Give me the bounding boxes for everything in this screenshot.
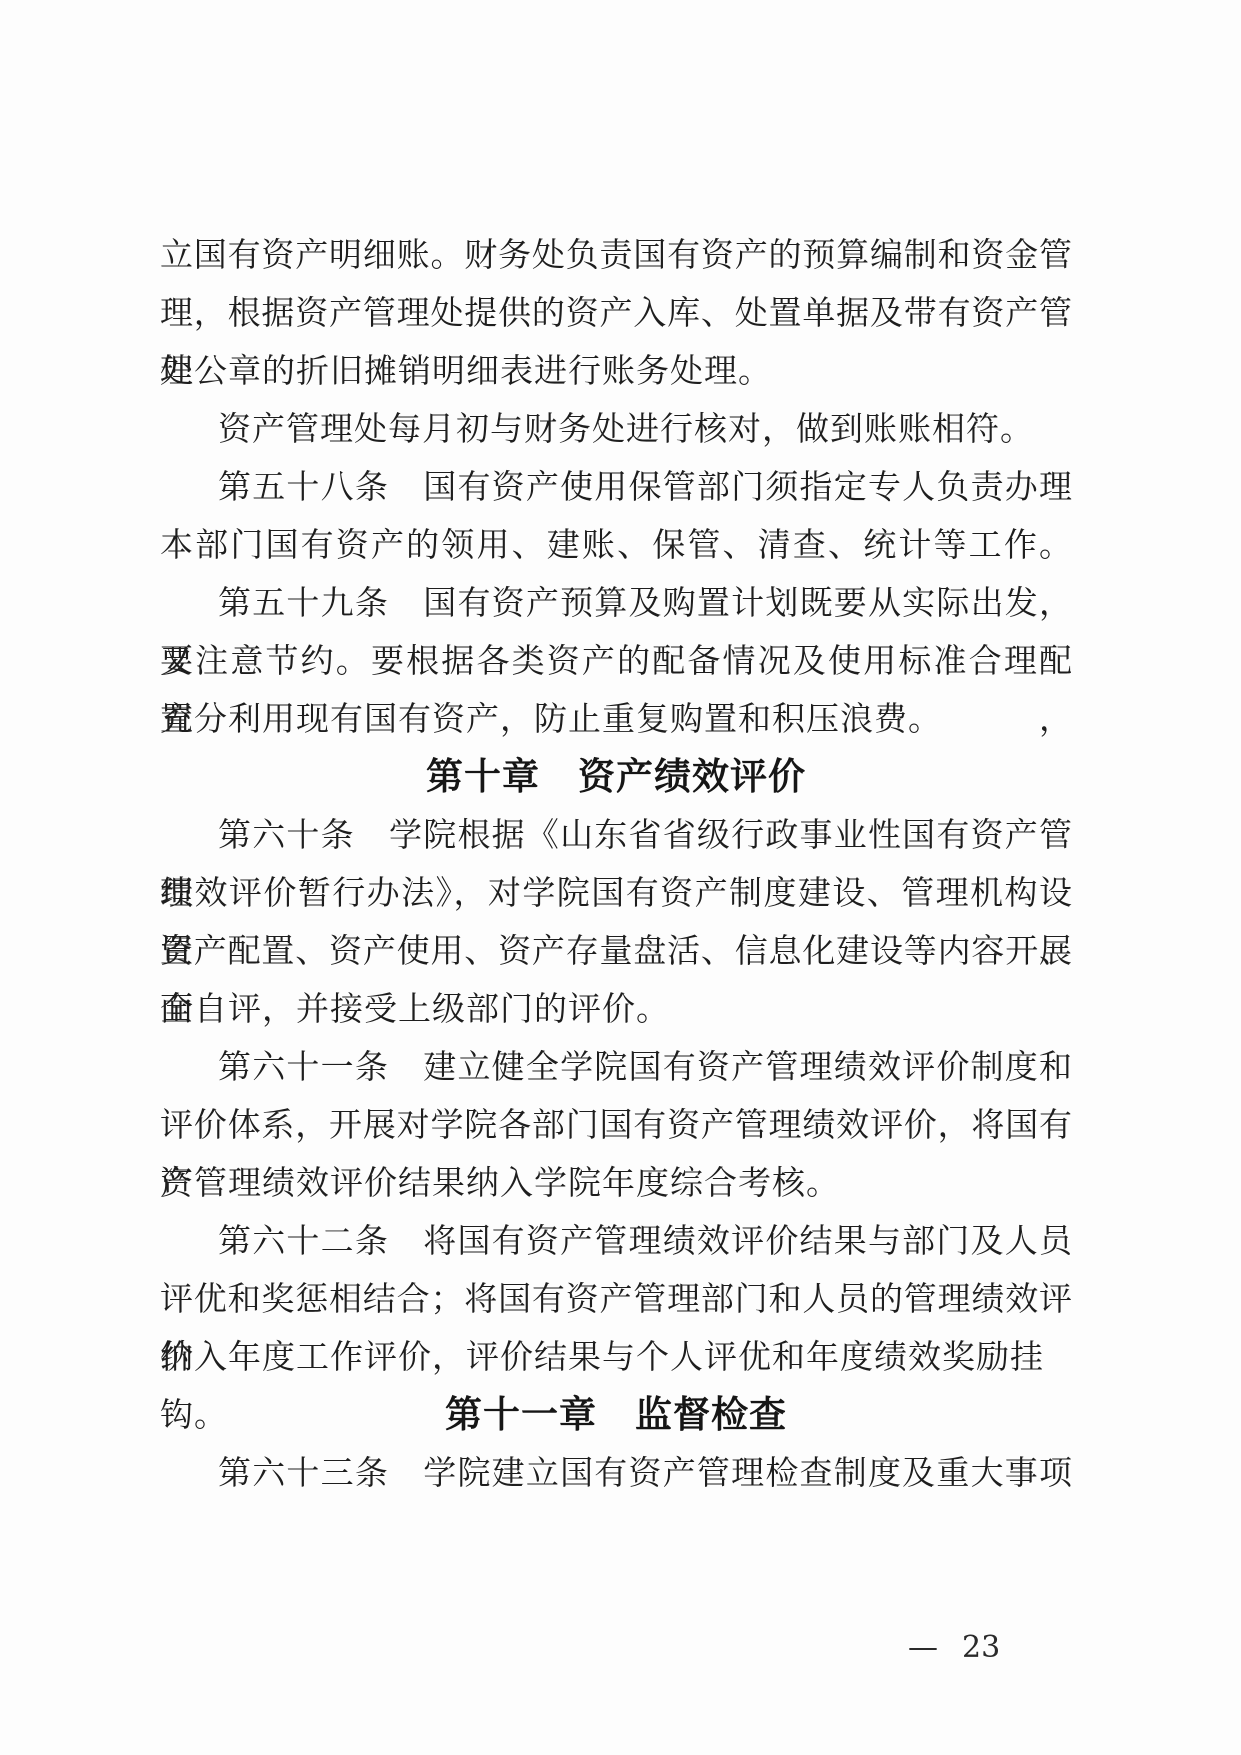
- chapter-heading: 第十一章 监督检查: [160, 1386, 1072, 1444]
- text-line: 纳入年度工作评价，评价结果与个人评优和年度绩效奖励挂钩。: [160, 1328, 1072, 1386]
- text-line: 第六十三条 学院建立国有资产管理检查制度及重大事项: [160, 1444, 1072, 1502]
- document-page: 立国有资产明细账。财务处负责国有资产的预算编制和资金管理，根据资产管理处提供的资…: [0, 0, 1241, 1755]
- page-footer: —23: [908, 1630, 1000, 1665]
- text-line: 要注意节约。要根据各类资产的配备情况及使用标准合理配置，: [160, 632, 1072, 690]
- text-line: 面自评，并接受上级部门的评价。: [160, 980, 1072, 1038]
- text-line: 绩效评价暂行办法》，对学院国有资产制度建设、管理机构设置、: [160, 864, 1072, 922]
- text-line: 第六十二条 将国有资产管理绩效评价结果与部门及人员: [160, 1212, 1072, 1270]
- text-line: 资产配置、资产使用、资产存量盘活、信息化建设等内容开展全: [160, 922, 1072, 980]
- text-line: 立国有资产明细账。财务处负责国有资产的预算编制和资金管: [160, 226, 1072, 284]
- text-line: 资产管理处每月初与财务处进行核对，做到账账相符。: [160, 400, 1072, 458]
- text-line: 评价体系，开展对学院各部门国有资产管理绩效评价，将国有资: [160, 1096, 1072, 1154]
- document-body: 立国有资产明细账。财务处负责国有资产的预算编制和资金管理，根据资产管理处提供的资…: [160, 226, 1072, 1502]
- page-number: 23: [962, 1630, 1000, 1665]
- text-line: 第六十条 学院根据《山东省省级行政事业性国有资产管理: [160, 806, 1072, 864]
- footer-dash: —: [908, 1630, 938, 1665]
- text-line: 理，根据资产管理处提供的资产入库、处置单据及带有资产管理: [160, 284, 1072, 342]
- text-line: 第六十一条 建立健全学院国有资产管理绩效评价制度和: [160, 1038, 1072, 1096]
- chapter-heading: 第十章 资产绩效评价: [160, 748, 1072, 806]
- text-line: 产管理绩效评价结果纳入学院年度综合考核。: [160, 1154, 1072, 1212]
- text-line: 充分利用现有国有资产，防止重复购置和积压浪费。: [160, 690, 1072, 748]
- text-line: 本部门国有资产的领用、建账、保管、清查、统计等工作。: [160, 516, 1072, 574]
- text-line: 评优和奖惩相结合；将国有资产管理部门和人员的管理绩效评价: [160, 1270, 1072, 1328]
- text-line: 第五十九条 国有资产预算及购置计划既要从实际出发，又: [160, 574, 1072, 632]
- text-line: 第五十八条 国有资产使用保管部门须指定专人负责办理: [160, 458, 1072, 516]
- text-line: 处公章的折旧摊销明细表进行账务处理。: [160, 342, 1072, 400]
